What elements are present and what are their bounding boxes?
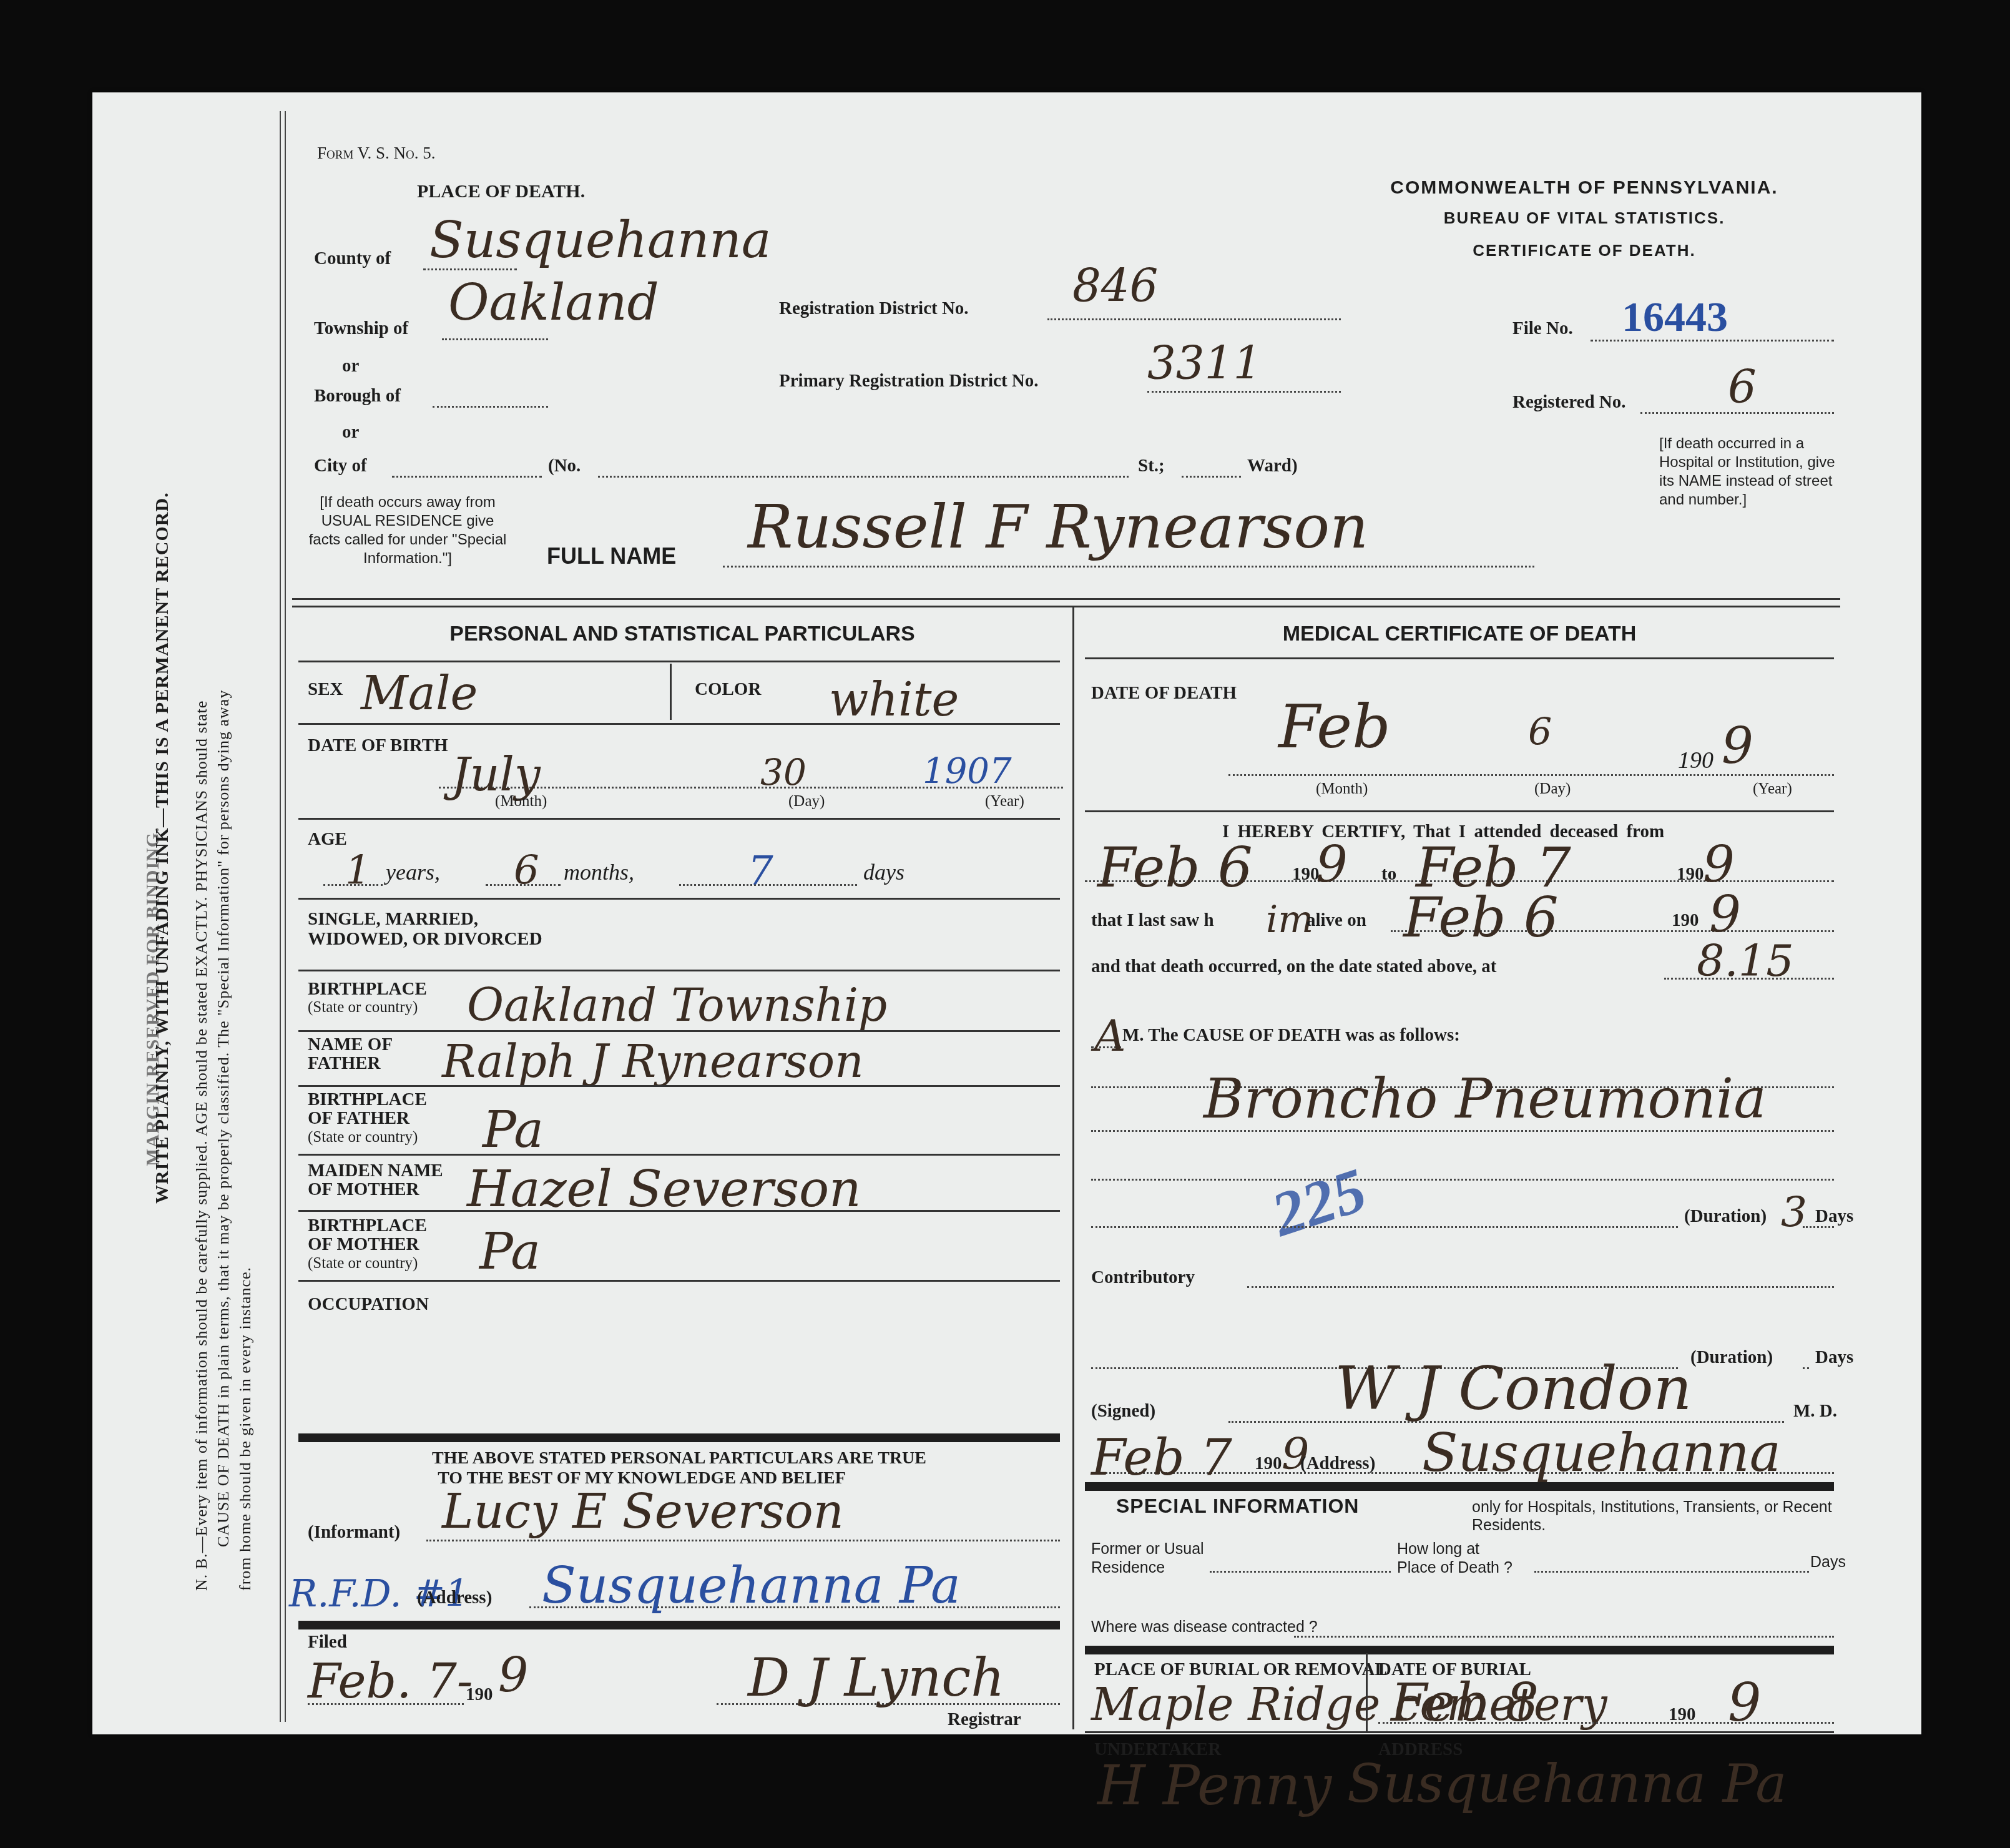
physician-signature[interactable]: W J Condon [1335,1354,1692,1423]
age-days-value[interactable]: 7 [748,848,773,894]
informant-address-label: (Address) [417,1588,492,1608]
contributory-duration-field[interactable] [1803,1367,1809,1369]
father-birthplace-label: BIRTHPLACE OF FATHER [308,1090,445,1128]
informant-value[interactable]: Lucy E Severson [442,1483,844,1539]
ward-field[interactable] [1182,476,1241,478]
mother-birthplace-value[interactable]: Pa [479,1222,541,1280]
registration-district-value[interactable]: 846 [1072,260,1158,312]
age-years-word: years, [386,859,440,885]
file-number-label: File No. [1512,318,1573,339]
registered-number-value[interactable]: 6 [1728,361,1757,413]
filed-year-suffix[interactable]: 9 [498,1647,528,1703]
burial-year-suffix[interactable]: 9 [1728,1672,1761,1733]
marital-status-label: SINGLE, MARRIED, WIDOWED, OR DIVORCED [308,909,545,949]
disease-contracted-label: Where was disease contracted ? [1091,1618,1318,1636]
duration-value[interactable]: 3 [1781,1188,1807,1236]
hospital-note: [If death occurred in a Hospital or Inst… [1659,435,1840,509]
registrar-signature[interactable]: D J Lynch [748,1647,1004,1708]
bureau-heading: BUREAU OF VITAL STATISTICS. [1335,209,1834,228]
mother-birthplace-label: BIRTHPLACE OF MOTHER [308,1216,445,1254]
registration-district-label: Registration District No. [779,298,969,319]
age-months-value[interactable]: 6 [514,848,539,894]
duration-days-label: Days [1815,1206,1853,1227]
filed-year-prefix: 190 [466,1684,493,1705]
dob-year-value[interactable]: 1907 [923,751,1012,792]
last-saw-label: that I last saw h [1091,910,1214,931]
date-of-birth-label: DATE OF BIRTH [308,735,448,756]
cause-code-stamp: 225 [1263,1154,1375,1251]
dod-day-caption: (Day) [1534,780,1571,798]
father-name-label: NAME OF FATHER [308,1035,433,1073]
mother-name-label: MAIDEN NAME OF MOTHER [308,1161,470,1199]
contributory-duration-label: (Duration) [1690,1347,1773,1368]
dob-year-caption: (Year) [985,793,1024,810]
am-pm-value[interactable]: A [1094,1010,1126,1061]
attestation-line1: THE ABOVE STATED PERSONAL PARTICULARS AR… [298,1448,1060,1468]
dob-month-caption: (Month) [495,793,547,810]
undertaker-address-value[interactable]: Susquehanna Pa [1347,1753,1787,1814]
age-years-value[interactable]: 1 [345,848,371,894]
father-name-value[interactable]: Ralph J Rynearson [442,1035,864,1088]
age-days-word: days [863,859,904,885]
age-label: AGE [308,829,347,850]
color-value[interactable]: white [829,673,959,727]
dob-day-caption: (Day) [788,793,825,810]
certificate-heading: CERTIFICATE OF DEATH. [1335,241,1834,260]
mother-birthplace-caption: (State or country) [308,1255,418,1272]
birthplace-value[interactable]: Oakland Township [467,979,887,1031]
death-certificate: MARGIN RESERVED FOR BINDING. WRITE PLAIN… [92,92,1921,1734]
how-long-field[interactable] [1534,1571,1809,1573]
color-label: COLOR [695,679,761,700]
dod-year-suffix[interactable]: 9 [1722,717,1753,775]
primary-registration-label: Primary Registration District No. [779,371,1039,391]
attended-from-year-prefix: 190 [1292,864,1320,885]
undertaker-value[interactable]: H Penny [1097,1753,1331,1817]
to-label: to [1381,864,1396,885]
city-field[interactable] [392,476,542,478]
special-information-subtitle: only for Hospitals, Institutions, Transi… [1472,1498,1846,1535]
write-plainly-note: WRITE PLAINLY, WITH UNFADING INK—THIS IS… [152,492,173,1204]
informant-label: (Informant) [308,1522,400,1543]
street-number-label: (No. [548,456,581,476]
how-long-days-label: Days [1810,1553,1846,1571]
dod-year-prefix: 190 [1678,747,1713,774]
birthplace-label: BIRTHPLACE [308,979,427,1000]
date-of-death-label: DATE OF DEATH [1091,683,1237,704]
attended-from-value[interactable]: Feb 6 [1097,835,1253,900]
primary-registration-value[interactable]: 3311 [1147,337,1262,390]
street-field[interactable] [598,476,1129,478]
county-value[interactable]: Susquehanna [429,211,771,269]
informant-address-value[interactable]: Susquehanna Pa [542,1556,961,1615]
nb-note-line3: from home should be given in every insta… [236,1267,255,1591]
binding-rule [280,111,286,1722]
alive-on-label: alive on [1306,910,1366,931]
physician-address-value[interactable]: Susquehanna [1422,1422,1781,1483]
signed-year-prefix: 190 [1255,1453,1282,1474]
signed-label: (Signed) [1091,1401,1155,1422]
occupation-label: OCCUPATION [308,1294,429,1315]
how-long-label: How long at Place of Death ? [1397,1540,1522,1577]
burial-place-label: PLACE OF BURIAL OR REMOVAL [1094,1659,1387,1680]
former-residence-label: Former or Usual Residence [1091,1540,1216,1577]
sex-label: SEX [308,679,343,700]
personal-section-title: PERSONAL AND STATISTICAL PARTICULARS [298,622,1066,646]
dob-day-value[interactable]: 30 [760,751,806,794]
registered-number-label: Registered No. [1512,392,1625,413]
dod-month-value[interactable]: Feb [1278,692,1391,762]
death-occurred-text: and that death occurred, on the date sta… [1091,956,1497,977]
burial-year-prefix: 190 [1669,1704,1696,1725]
form-number: Form V. S. No. 5. [317,144,436,163]
place-of-death-heading: PLACE OF DEATH. [417,181,585,202]
full-name-value[interactable]: Russell F Rynearson [748,492,1368,562]
filed-date-value[interactable]: Feb. 7- [308,1653,473,1709]
duration-label: (Duration) [1684,1206,1767,1227]
burial-date-value[interactable]: Feb 8 [1391,1672,1539,1733]
age-months-word: months, [564,859,634,885]
street-label: St.; [1138,456,1165,476]
contributory-label: Contributory [1091,1267,1195,1288]
registrar-label: Registrar [948,1709,1021,1730]
birthplace-caption: (State or country) [308,999,418,1016]
township-label: Township of [314,318,408,339]
borough-label: Borough of [314,386,401,406]
medical-section-title: MEDICAL CERTIFICATE OF DEATH [1085,622,1834,646]
last-saw-year-prefix: 190 [1672,910,1699,931]
md-label: M. D. [1793,1401,1837,1422]
or-label-1: or [342,356,359,376]
dod-year-caption: (Year) [1753,780,1792,798]
ward-label: Ward) [1247,456,1298,476]
former-residence-field[interactable] [1210,1571,1391,1573]
physician-address-label: (Address) [1300,1453,1375,1474]
filed-label: Filed [308,1632,347,1653]
dod-month-caption: (Month) [1316,780,1368,798]
attended-from-year[interactable]: 9 [1316,835,1348,893]
borough-field[interactable] [433,406,548,408]
special-information-title: SPECIAL INFORMATION [1116,1495,1359,1518]
attended-to-year-prefix: 190 [1677,864,1704,885]
file-number-value[interactable]: 16443 [1622,292,1728,342]
time-of-death-value[interactable]: 8.15 [1697,935,1794,986]
township-value[interactable]: Oakland [448,273,659,332]
dod-day-value[interactable]: 6 [1528,710,1552,754]
contributory-field[interactable] [1247,1286,1834,1288]
sex-value[interactable]: Male [361,667,478,720]
away-from-residence-note: [If death occurs away from USUAL RESIDEN… [308,493,507,568]
cause-of-death-label: M. The CAUSE OF DEATH was as follows: [1122,1025,1460,1046]
cause-of-death-value[interactable]: Broncho Pneumonia [1204,1066,1767,1131]
father-birthplace-value[interactable]: Pa [483,1101,544,1159]
contributory-days-label: Days [1815,1347,1853,1368]
father-birthplace-caption: (State or country) [308,1129,418,1146]
city-label: City of [314,456,367,476]
nb-note-line1: N. B.—Every item of information should b… [192,700,211,1591]
county-label: County of [314,248,391,269]
or-label-2: or [342,422,359,443]
commonwealth-heading: COMMONWEALTH OF PENNSYLVANIA. [1335,177,1834,199]
last-saw-date[interactable]: Feb 6 [1403,885,1559,950]
binding-margin: MARGIN RESERVED FOR BINDING. WRITE PLAIN… [92,92,280,1734]
signed-date-value[interactable]: Feb 7 [1091,1428,1232,1487]
nb-note-line2: CAUSE OF DEATH in plain terms, that it m… [214,690,233,1547]
full-name-label: FULL NAME [547,543,676,569]
disease-contracted-field[interactable] [1294,1636,1834,1638]
